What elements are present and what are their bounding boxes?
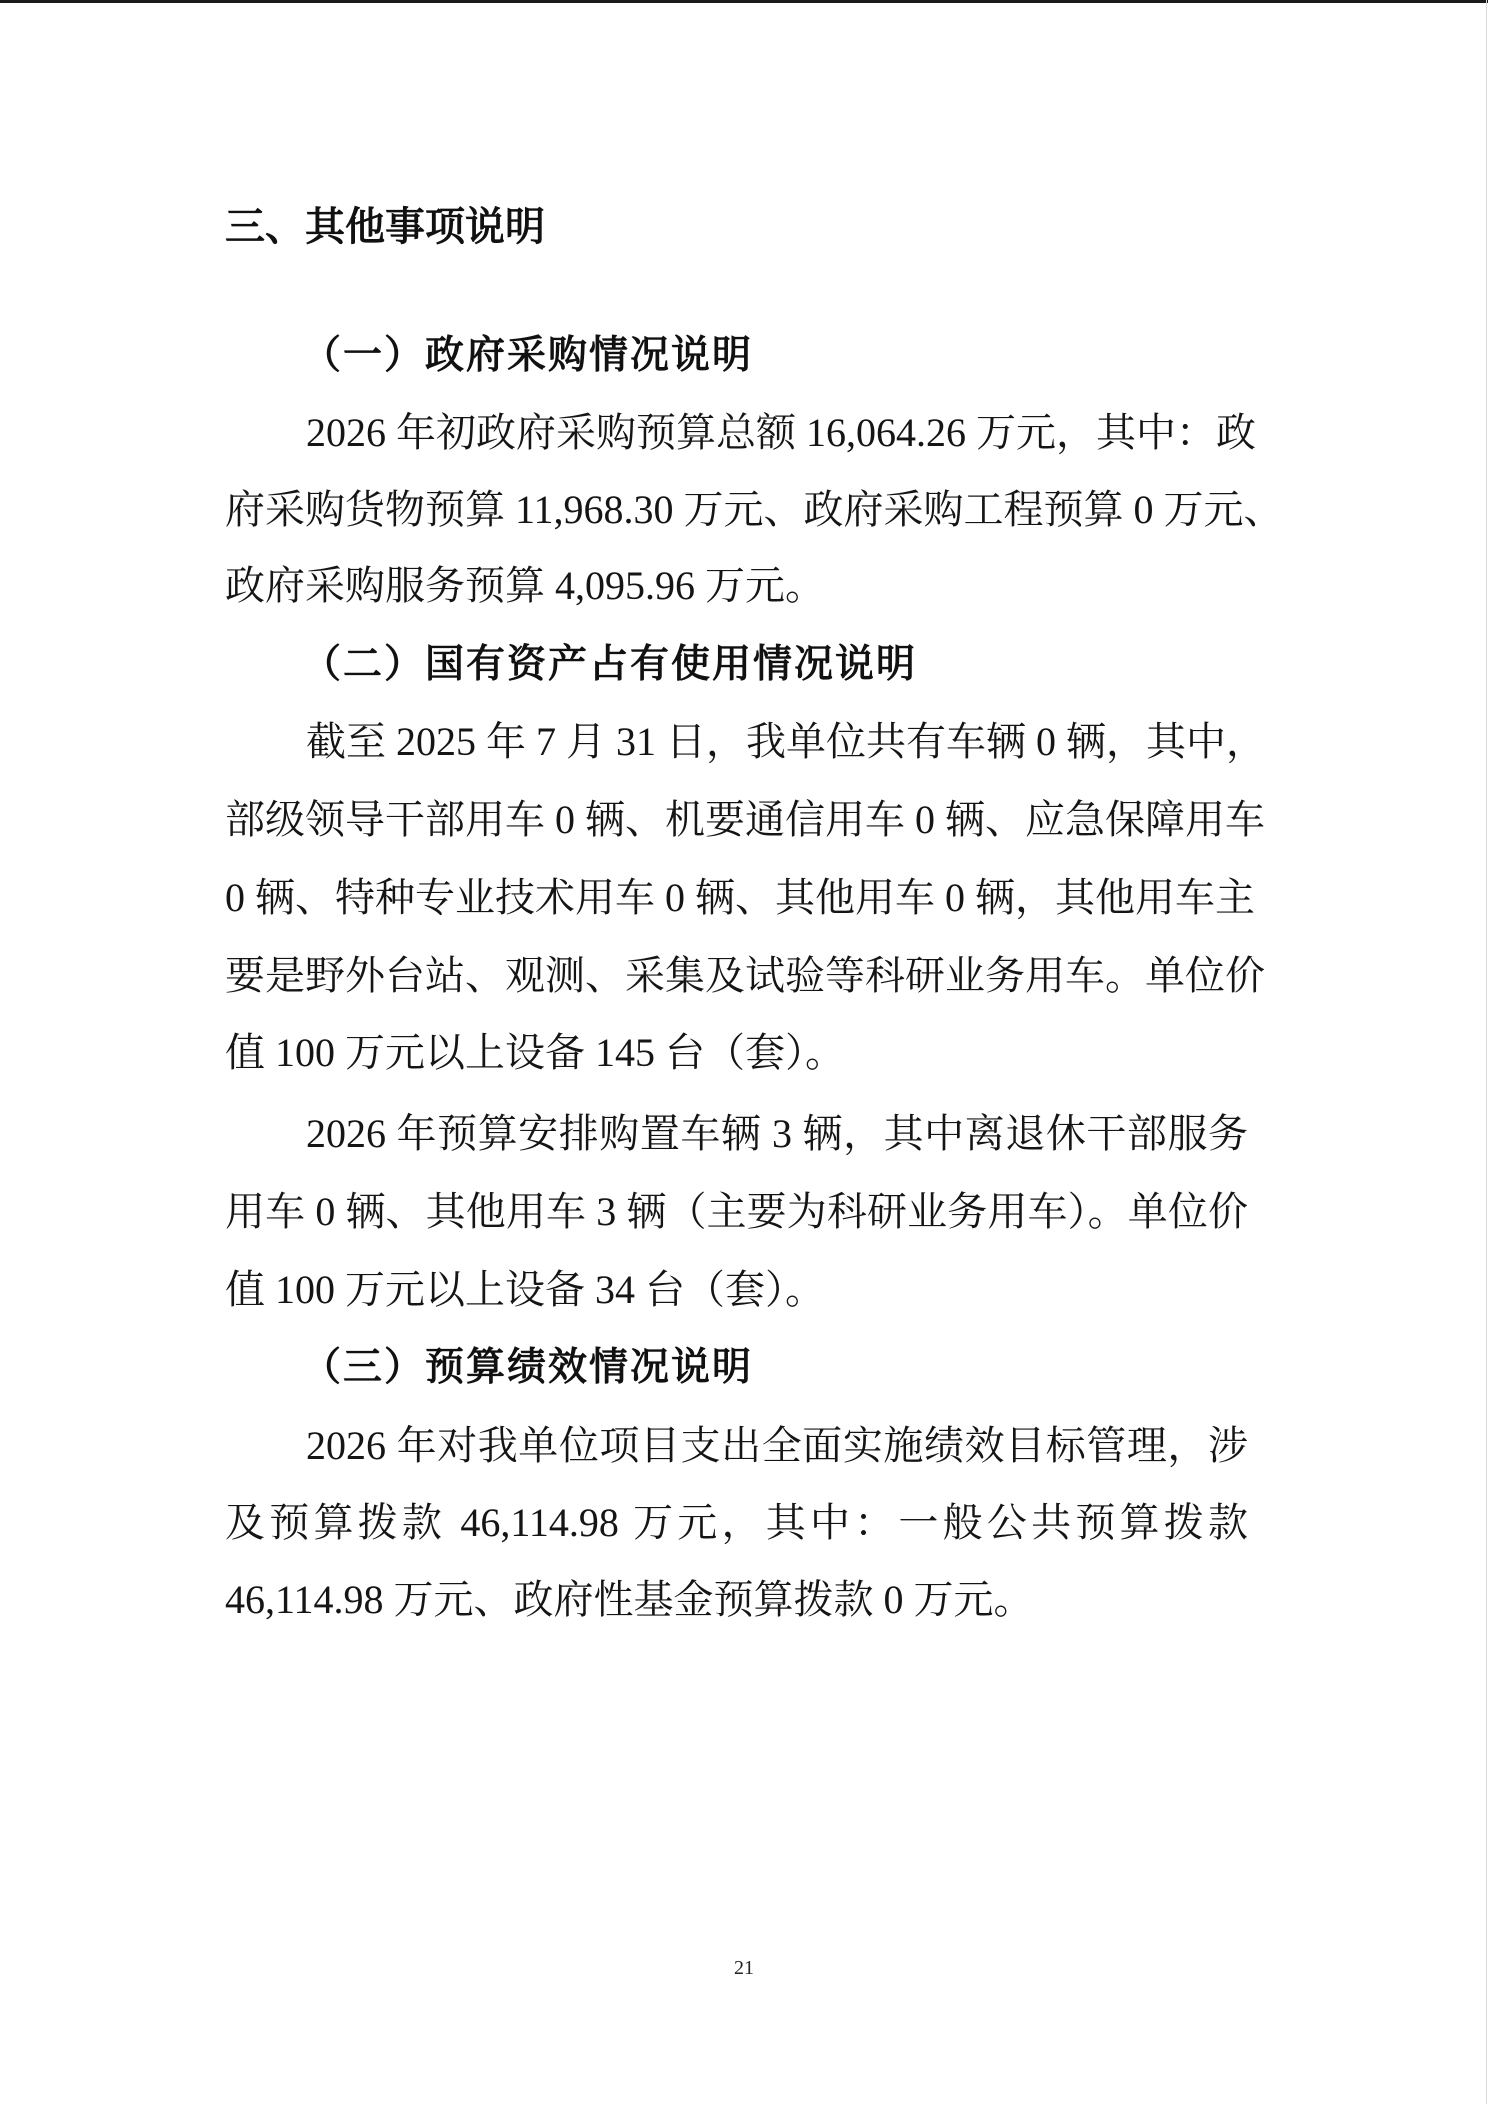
page-number: 21 xyxy=(724,1954,764,1982)
paragraph-line: 截至 2025 年 7 月 31 日，我单位共有车辆 0 辆，其中， xyxy=(306,717,1248,767)
paragraph-line: 值 100 万元以上设备 145 台（套）。 xyxy=(225,1028,845,1078)
paragraph-line: 2026 年初政府采购预算总额 16,064.26 万元，其中：政 xyxy=(306,408,1248,458)
paragraph-line: 值 100 万元以上设备 34 台（套）。 xyxy=(225,1265,825,1315)
section-heading: 三、其他事项说明 xyxy=(225,202,545,252)
paragraph-line: 2026 年对我单位项目支出全面实施绩效目标管理，涉 xyxy=(306,1421,1248,1471)
paragraph-line: 2026 年预算安排购置车辆 3 辆，其中离退休干部服务 xyxy=(306,1109,1248,1159)
paragraph-line: 部级领导干部用车 0 辆、机要通信用车 0 辆、应急保障用车 xyxy=(225,795,1248,845)
paragraph-line: 要是野外台站、观测、采集及试验等科研业务用车。单位价 xyxy=(225,951,1248,1001)
subsection-title-procurement: （一）政府采购情况说明 xyxy=(302,330,753,380)
subsection-title-assets: （二）国有资产占有使用情况说明 xyxy=(302,639,917,689)
subsection-title-performance: （三）预算绩效情况说明 xyxy=(302,1342,753,1392)
paragraph-line: 府采购货物预算 11,968.30 万元、政府采购工程预算 0 万元、 xyxy=(225,485,1248,535)
paragraph-line: 0 辆、特种专业技术用车 0 辆、其他用车 0 辆，其他用车主 xyxy=(225,873,1248,923)
paragraph-line: 及预算拨款 46,114.98 万元，其中：一般公共预算拨款 xyxy=(225,1498,1248,1548)
paragraph-line: 46,114.98 万元、政府性基金预算拨款 0 万元。 xyxy=(225,1575,1034,1625)
paragraph-line: 政府采购服务预算 4,095.96 万元。 xyxy=(225,561,825,611)
document-page: 三、其他事项说明 （一）政府采购情况说明 2026 年初政府采购预算总额 16,… xyxy=(0,0,1488,2104)
paragraph-line: 用车 0 辆、其他用车 3 辆（主要为科研业务用车）。单位价 xyxy=(225,1187,1248,1237)
